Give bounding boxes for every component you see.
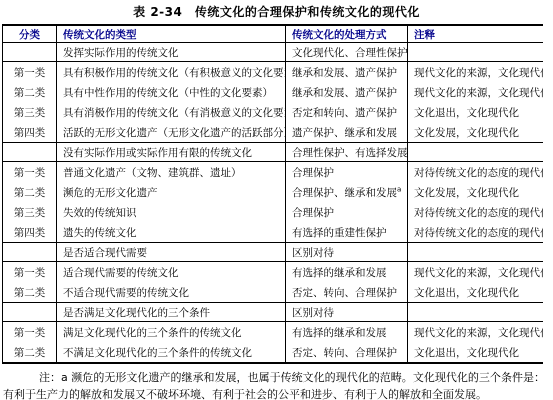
type-cell: 是否适合现代需要 bbox=[57, 243, 286, 262]
category-cell: 第四类 bbox=[3, 222, 57, 243]
type-cell: 普通文化遗产（文物、建筑群、遗址） bbox=[57, 162, 286, 183]
type-cell: 不满足文化现代化的三个条件的传统文化 bbox=[57, 342, 286, 363]
note-cell bbox=[408, 243, 543, 262]
section-subheader-row: 是否满足文化现代化的三个条件区别对待 bbox=[3, 303, 543, 322]
method-cell: 继承和发展、遗产保护 bbox=[286, 62, 408, 83]
category-cell bbox=[3, 303, 57, 322]
method-cell: 否定、转向、合理保护 bbox=[286, 282, 408, 303]
method-cell: 合理保护、继承和发展a bbox=[286, 182, 408, 202]
method-cell: 合理保护 bbox=[286, 162, 408, 183]
section-subheader-row: 发挥实际作用的传统文化文化现代化、合理性保护 bbox=[3, 43, 543, 62]
note-cell: 对待传统文化的态度的现代化 bbox=[408, 222, 543, 243]
note-cell bbox=[408, 303, 543, 322]
type-cell: 失效的传统知识 bbox=[57, 202, 286, 222]
method-cell: 区别对待 bbox=[286, 303, 408, 322]
type-cell: 适合现代需要的传统文化 bbox=[57, 262, 286, 283]
method-cell: 文化现代化、合理性保护 bbox=[286, 43, 408, 62]
category-cell: 第一类 bbox=[3, 262, 57, 283]
type-cell: 活跃的无形文化遗产（无形文化遗产的活跃部分） bbox=[57, 122, 286, 143]
section-subheader-row: 没有实际作用或实际作用有限的传统文化合理性保护、有选择发展 bbox=[3, 143, 543, 162]
type-cell: 没有实际作用或实际作用有限的传统文化 bbox=[57, 143, 286, 162]
table-row: 第三类具有消极作用的传统文化（有消极意义的文化要素）否定和转向、遗产保护文化退出… bbox=[3, 102, 543, 122]
table-row: 第一类适合现代需要的传统文化有选择的继承和发展现代文化的来源，文化现代化 bbox=[3, 262, 543, 283]
type-cell: 具有中性作用的传统文化（中性的文化要素） bbox=[57, 82, 286, 102]
note-cell: 现代文化的来源，文化现代化 bbox=[408, 62, 543, 83]
category-cell: 第一类 bbox=[3, 322, 57, 343]
col-header-type: 传统文化的类型 bbox=[57, 25, 286, 43]
category-cell: 第二类 bbox=[3, 282, 57, 303]
note-cell: 现代文化的来源，文化现代化 bbox=[408, 262, 543, 283]
note-cell: 文化退出，文化现代化 bbox=[408, 102, 543, 122]
note-cell: 对待传统文化的态度的现代化 bbox=[408, 202, 543, 222]
table-row: 第二类具有中性作用的传统文化（中性的文化要素）继承和发展、遗产保护现代文化的来源… bbox=[3, 82, 543, 102]
category-cell: 第四类 bbox=[3, 122, 57, 143]
category-cell: 第二类 bbox=[3, 82, 57, 102]
note-cell: 文化发展，文化现代化 bbox=[408, 122, 543, 143]
type-cell: 不适合现代需要的传统文化 bbox=[57, 282, 286, 303]
table-row: 第一类满足文化现代化的三个条件的传统文化有选择的继承和发展现代文化的来源，文化现… bbox=[3, 322, 543, 343]
table-row: 第二类不满足文化现代化的三个条件的传统文化否定、转向、合理保护文化退出，文化现代… bbox=[3, 342, 543, 363]
method-cell: 遗产保护、继承和发展 bbox=[286, 122, 408, 143]
footnote-marker: a bbox=[397, 185, 401, 193]
category-cell: 第二类 bbox=[3, 182, 57, 202]
method-cell: 有选择的重建性保护 bbox=[286, 222, 408, 243]
note-cell: 对待传统文化的态度的现代化 bbox=[408, 162, 543, 183]
note-cell: 文化发展，文化现代化 bbox=[408, 182, 543, 202]
note-cell bbox=[408, 43, 543, 62]
method-cell: 有选择的继承和发展 bbox=[286, 262, 408, 283]
type-cell: 具有消极作用的传统文化（有消极意义的文化要素） bbox=[57, 102, 286, 122]
category-cell bbox=[3, 43, 57, 62]
method-cell: 区别对待 bbox=[286, 243, 408, 262]
type-cell: 濒危的无形文化遗产 bbox=[57, 182, 286, 202]
method-cell: 否定和转向、遗产保护 bbox=[286, 102, 408, 122]
note-cell: 文化退出，文化现代化 bbox=[408, 342, 543, 363]
table-row: 第三类失效的传统知识合理保护对待传统文化的态度的现代化 bbox=[3, 202, 543, 222]
note-cell: 现代文化的来源，文化现代化 bbox=[408, 322, 543, 343]
category-cell bbox=[3, 143, 57, 162]
note-cell: 文化退出，文化现代化 bbox=[408, 282, 543, 303]
type-cell: 发挥实际作用的传统文化 bbox=[57, 43, 286, 62]
page-title: 表 2-34 传统文化的合理保护和传统文化的现代化 bbox=[0, 0, 553, 24]
table-row: 第二类不适合现代需要的传统文化否定、转向、合理保护文化退出，文化现代化 bbox=[3, 282, 543, 303]
method-cell: 合理保护 bbox=[286, 202, 408, 222]
table-row: 第四类遗失的传统文化有选择的重建性保护对待传统文化的态度的现代化 bbox=[3, 222, 543, 243]
category-cell: 第三类 bbox=[3, 202, 57, 222]
method-cell: 否定、转向、合理保护 bbox=[286, 342, 408, 363]
data-table: 分类 传统文化的类型 传统文化的处理方式 注释 发挥实际作用的传统文化文化现代化… bbox=[2, 24, 543, 364]
type-cell: 是否满足文化现代化的三个条件 bbox=[57, 303, 286, 322]
note-cell: 现代文化的来源，文化现代化 bbox=[408, 82, 543, 102]
method-cell: 合理性保护、有选择发展 bbox=[286, 143, 408, 162]
method-cell: 继承和发展、遗产保护 bbox=[286, 82, 408, 102]
header-row: 分类 传统文化的类型 传统文化的处理方式 注释 bbox=[3, 25, 543, 43]
category-cell bbox=[3, 243, 57, 262]
col-header-category: 分类 bbox=[3, 25, 57, 43]
category-cell: 第三类 bbox=[3, 102, 57, 122]
type-cell: 具有积极作用的传统文化（有积极意义的文化要素） bbox=[57, 62, 286, 83]
table-body: 发挥实际作用的传统文化文化现代化、合理性保护第一类具有积极作用的传统文化（有积极… bbox=[3, 43, 543, 364]
category-cell: 第二类 bbox=[3, 342, 57, 363]
type-cell: 遗失的传统文化 bbox=[57, 222, 286, 243]
table-row: 第一类具有积极作用的传统文化（有积极意义的文化要素）继承和发展、遗产保护现代文化… bbox=[3, 62, 543, 83]
table-row: 第一类普通文化遗产（文物、建筑群、遗址）合理保护对待传统文化的态度的现代化 bbox=[3, 162, 543, 183]
method-cell: 有选择的继承和发展 bbox=[286, 322, 408, 343]
section-subheader-row: 是否适合现代需要区别对待 bbox=[3, 243, 543, 262]
table-header: 分类 传统文化的类型 传统文化的处理方式 注释 bbox=[3, 25, 543, 43]
type-cell: 满足文化现代化的三个条件的传统文化 bbox=[57, 322, 286, 343]
category-cell: 第一类 bbox=[3, 162, 57, 183]
category-cell: 第一类 bbox=[3, 62, 57, 83]
table-row: 第四类活跃的无形文化遗产（无形文化遗产的活跃部分）遗产保护、继承和发展文化发展，… bbox=[3, 122, 543, 143]
note-cell bbox=[408, 143, 543, 162]
footnote-text: 注：a 濒危的无形文化遗产的继承和发展，也属于传统文化的现代化的范畴。文化现代化… bbox=[3, 369, 545, 400]
col-header-note: 注释 bbox=[408, 25, 543, 43]
table-row: 第二类濒危的无形文化遗产合理保护、继承和发展a文化发展，文化现代化 bbox=[3, 182, 543, 202]
col-header-method: 传统文化的处理方式 bbox=[286, 25, 408, 43]
